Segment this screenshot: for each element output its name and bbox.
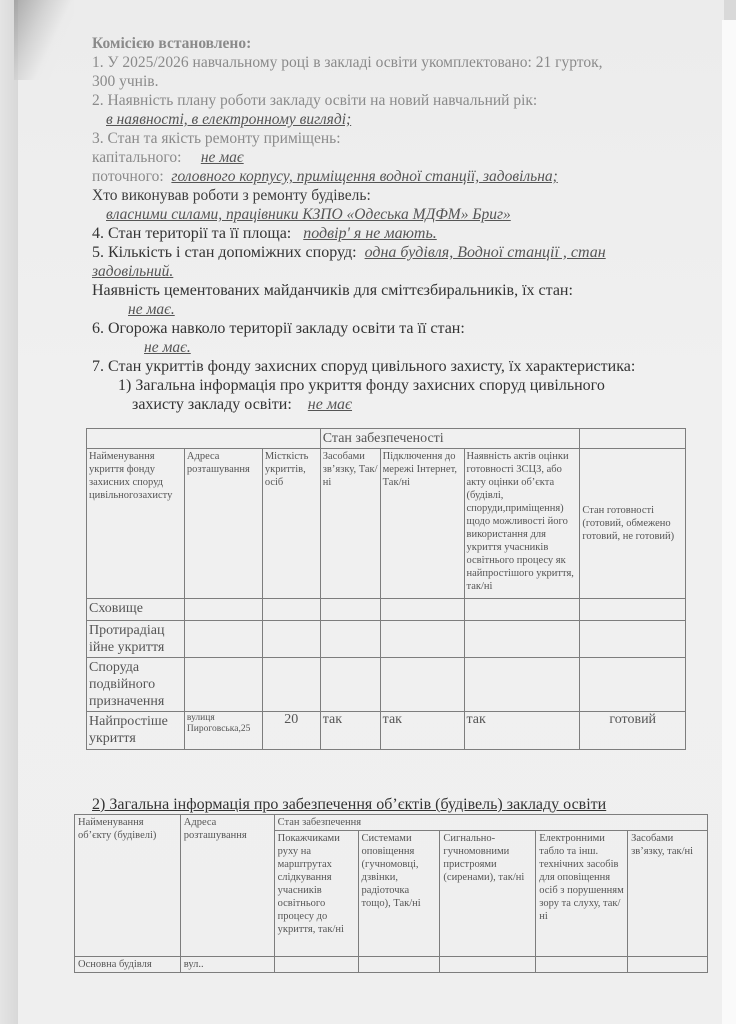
col-header: Засобами зв’язку, так/ні <box>628 831 708 957</box>
col-header: Адреса розташування <box>180 815 274 957</box>
item3-label: 3. Стан та якість ремонту приміщень: <box>92 129 692 148</box>
item5b-label: Наявність цементованих майданчиків для с… <box>92 281 692 300</box>
scan-right-edge <box>722 20 736 1024</box>
document-body: Комісією встановлено: 1. У 2025/2026 нав… <box>92 34 692 414</box>
item3-who-label: Хто виконував роботи з ремонту будівель: <box>92 186 692 205</box>
col-header: Найменування укриття фонду захисних спор… <box>87 449 185 599</box>
item3-capital-answer: не має <box>201 149 244 166</box>
item7-1-line2: захисту закладу освіти: <box>132 396 292 413</box>
col-header: Засобами зв’язку, Так/ні <box>320 449 380 599</box>
table-row: Основна будівля вул.. <box>75 957 708 973</box>
table-row: Найпростіше укриття вулиця Пироговська,2… <box>87 712 686 750</box>
table-group-header-row: Стан забезпеченості <box>87 429 686 449</box>
heading: Комісією встановлено: <box>92 34 692 53</box>
item5-answer-line1: одна будівля, Водної станції , стан <box>365 244 606 261</box>
item5b-answer: не має. <box>128 301 175 318</box>
item3-capital-label: капітального: <box>92 149 181 166</box>
item1-line1: 1. У 2025/2026 навчальному році в заклад… <box>92 53 692 72</box>
item6-answer: не має. <box>144 339 191 356</box>
col-header: Електронними табло та інш. технічних зас… <box>536 831 628 957</box>
item1-line2: 300 учнів. <box>92 72 692 91</box>
item7-1-line1: 1) Загальна інформація про укриття фонду… <box>92 376 692 395</box>
item7-label: 7. Стан укриттів фонду захисних споруд ц… <box>92 357 692 376</box>
table-header-row: Найменування об’єкту (будівелі) Адреса р… <box>75 815 708 831</box>
item3-current-answer: головного корпусу, приміщення водної ста… <box>171 168 557 185</box>
page-corner-fold <box>14 0 74 80</box>
table-row: Сховище <box>87 599 686 621</box>
col-header: Сигнально-гучномовними пристроями (сирен… <box>440 831 536 957</box>
shelters-table: Стан забезпеченості Найменування укриття… <box>86 428 686 750</box>
table-header-row: Найменування укриття фонду захисних спор… <box>87 449 686 599</box>
table-row: Протирадіац ійне укриття <box>87 621 686 658</box>
item2-answer: в наявності, в електронному вигляді; <box>106 111 351 128</box>
item4-answer: подвір' я не мають. <box>303 225 437 242</box>
col-header: Наявність актів оцінки готовності ЗСЦЗ, … <box>464 449 580 599</box>
item7-1-answer: не має <box>308 396 352 413</box>
item6-label: 6. Огорожа навколо території закладу осв… <box>92 319 692 338</box>
col-header: Найменування об’єкту (будівелі) <box>75 815 181 957</box>
item2-label: 2. Наявність плану роботи закладу освіти… <box>92 91 692 110</box>
scan-left-margin <box>0 0 18 1024</box>
buildings-table: Найменування об’єкту (будівелі) Адреса р… <box>74 814 708 973</box>
col-header: Підключення до мережі Інтернет, Так/ні <box>380 449 464 599</box>
table-row: Споруда подвійного призначення <box>87 658 686 712</box>
col-header: Системами оповіщення (гучномовці, дзвінк… <box>358 831 440 957</box>
col-header: Адреса розташування <box>184 449 262 599</box>
item3-who-answer: власними силами, працівники КЗПО «Одеськ… <box>106 206 511 223</box>
col-header: Покажчиками руху на марштрутах слідкуван… <box>274 831 358 957</box>
col-header: Стан готовності (готовий, обмежено готов… <box>580 449 686 599</box>
item3-current-label: поточного: <box>92 168 164 185</box>
section2-title: 2) Загальна інформація про забезпечення … <box>92 796 606 814</box>
col-header: Місткість укриттів, осіб <box>262 449 320 599</box>
item5-answer-line2: задовільний. <box>92 263 173 280</box>
group-header: Стан забезпеченості <box>320 429 580 449</box>
item5-label: 5. Кількість і стан допоміжних споруд: <box>92 244 357 261</box>
group-header: Стан забезпечення <box>274 815 707 831</box>
item4-label: 4. Стан території та її площа: <box>92 225 291 242</box>
